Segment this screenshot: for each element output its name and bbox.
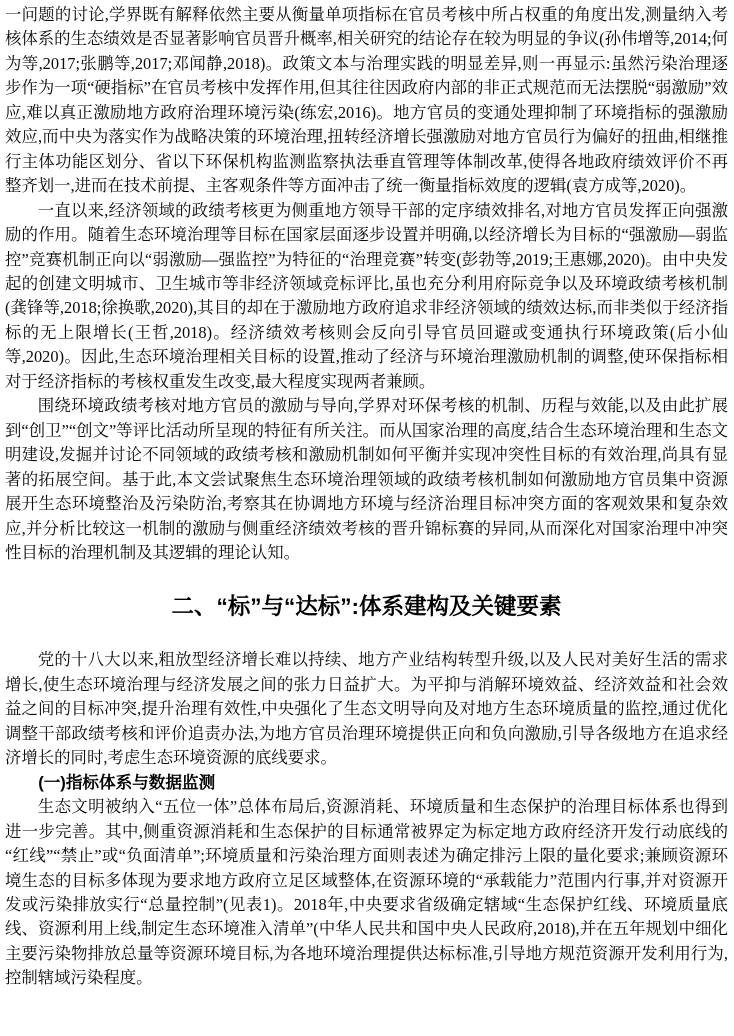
body-paragraph: 围绕环境政绩考核对地方官员的激励与导向,学界对环保考核的机制、历程与效能,以及由… — [5, 394, 728, 565]
body-paragraph-continuation: 一问题的讨论,学界既有解释依然主要从衡量单项指标在官员考核中所占权重的角度出发,… — [5, 3, 728, 199]
body-paragraph: 生态文明被纳入“五位一体”总体布局后,资源消耗、环境质量和生态保护的治理目标体系… — [5, 795, 728, 991]
section-heading: 二、“标”与“达标”:体系建构及关键要素 — [5, 592, 728, 622]
body-paragraph: 一直以来,经济领域的政绩考核更为侧重地方领导干部的定序绩效排名,对地方官员发挥正… — [5, 199, 728, 395]
paper-page: 一问题的讨论,学界既有解释依然主要从衡量单项指标在官员考核中所占权重的角度出发,… — [0, 0, 734, 1036]
body-paragraph: 党的十八大以来,粗放型经济增长难以持续、地方产业结构转型升级,以及人民对美好生活… — [5, 648, 728, 770]
subsection-heading: (一)指标体系与数据监测 — [5, 771, 728, 795]
